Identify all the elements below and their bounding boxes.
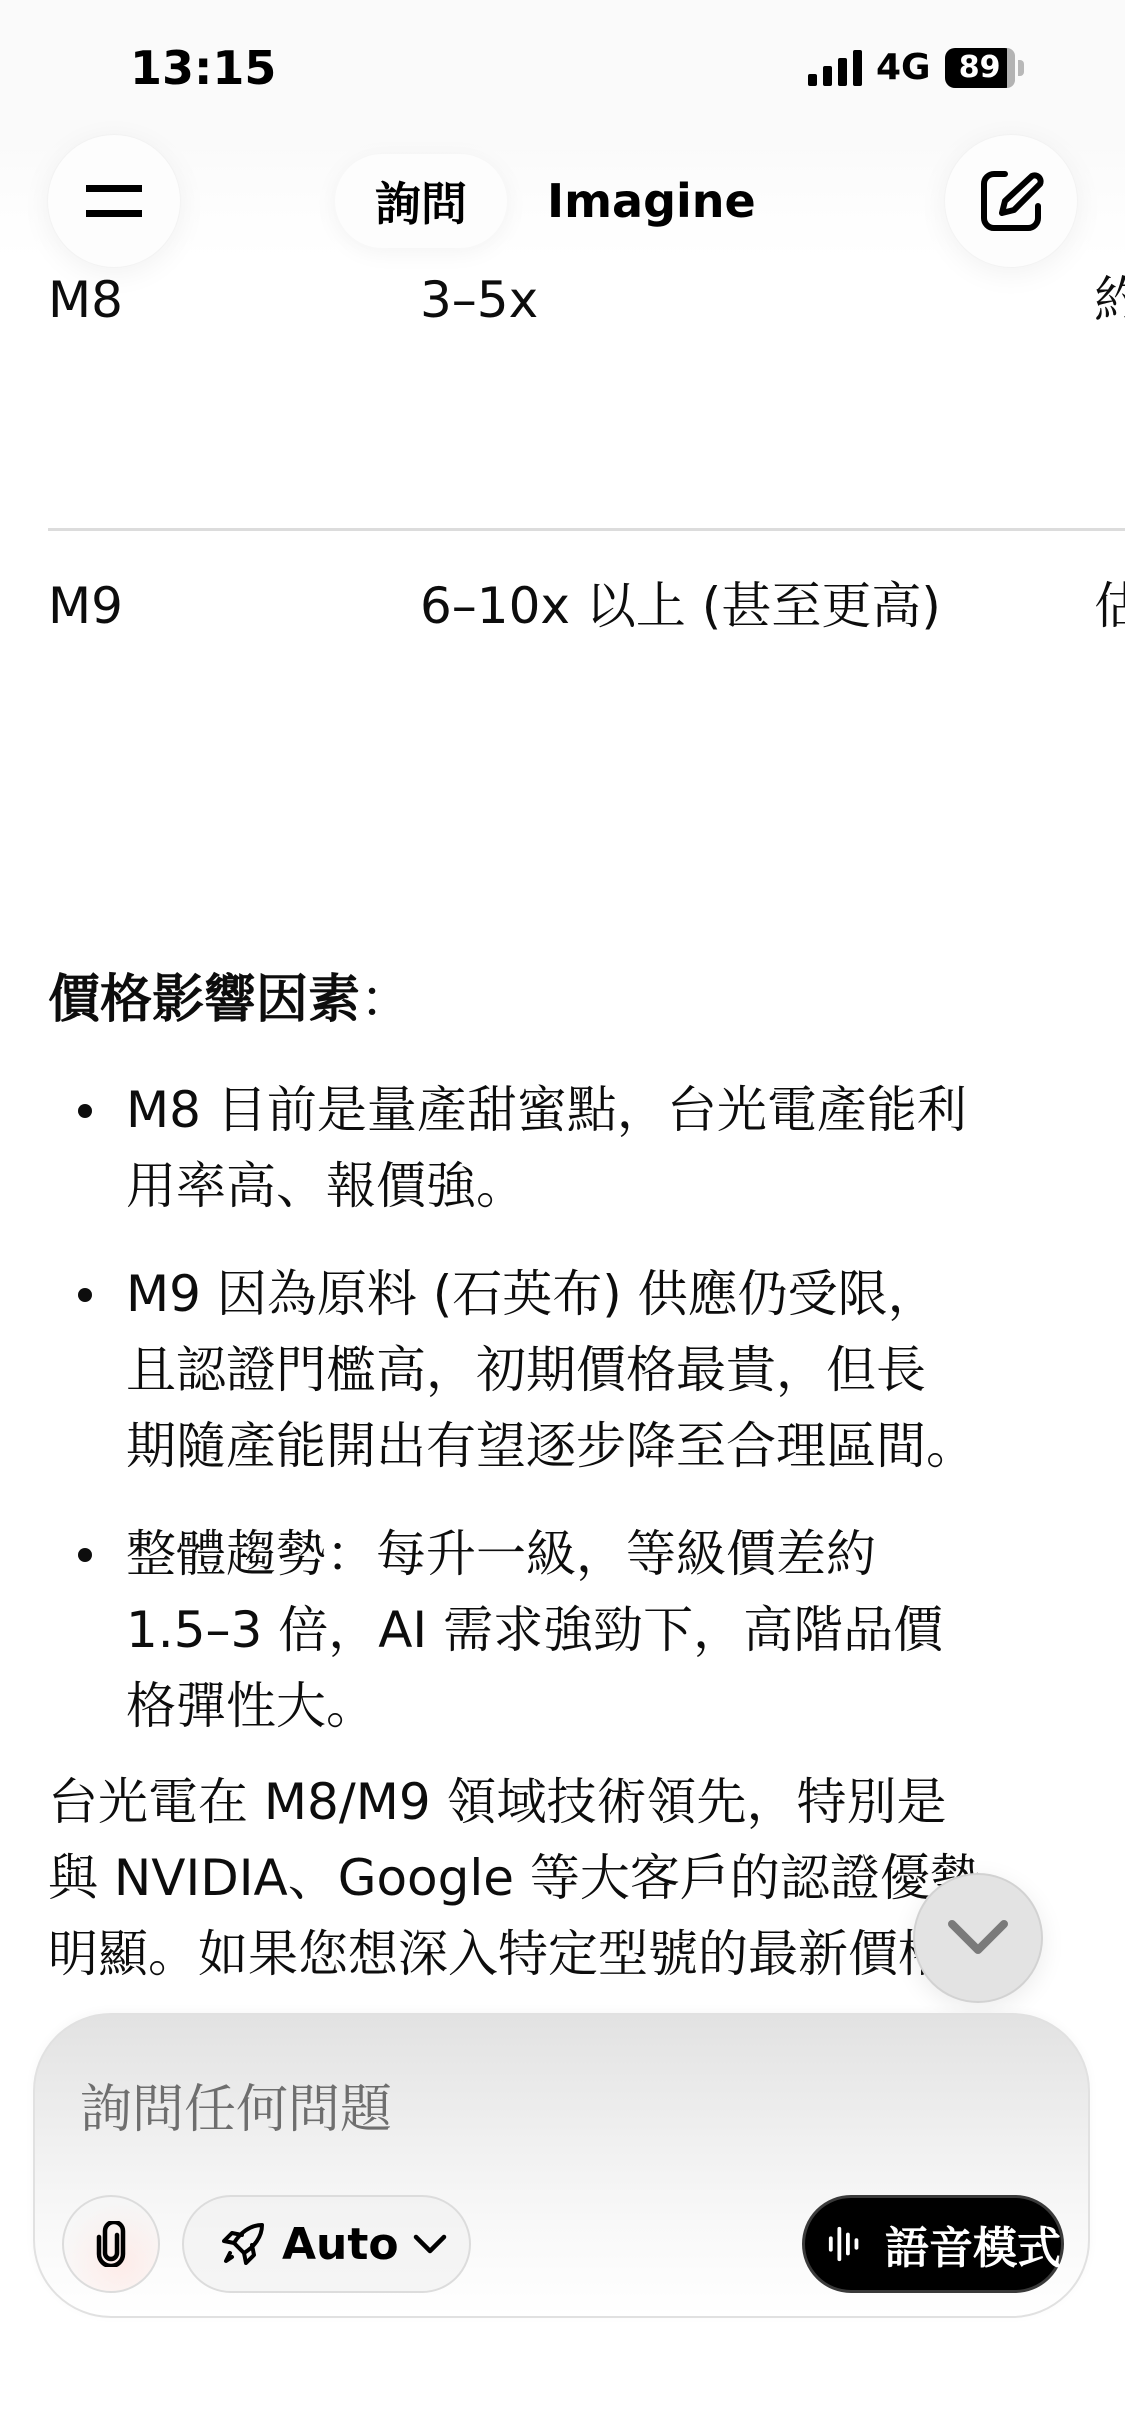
list-item-line: 整體趨勢：每升一級，等級價差約 [126,1524,876,1584]
scroll-down-button[interactable] [913,1873,1043,2003]
list-item-line: M9 因為原料 (石英布) 供應仍受限， [126,1264,938,1324]
attach-button[interactable] [62,2195,160,2293]
section-heading: 價格影響因素： [48,968,412,1032]
bullet-dot [78,1104,92,1118]
menu-button[interactable] [48,135,180,267]
list-item-line: 期隨產能開出有望逐步降至合理區間。 [126,1416,976,1476]
model-label: Auto [282,2219,399,2270]
bullet-dot [78,1548,92,1562]
status-time: 13:15 [130,40,276,96]
menu-icon [84,181,144,221]
section-heading-text: 價格影響因素 [48,970,360,1030]
voice-mode-label: 語音模式 [885,2212,1061,2276]
network-type: 4G [876,46,931,90]
list-item-line: M8 目前是量產甜蜜點，台光電產能利 [126,1080,967,1140]
tab-imagine[interactable]: Imagine [547,174,756,228]
new-chat-button[interactable] [945,135,1077,267]
paperclip-icon [93,2221,129,2267]
list-item-line: 用率高、報價強。 [126,1156,526,1216]
message-input[interactable] [80,2075,980,2145]
composer-backdrop [0,2318,1125,2436]
battery-icon: 89 [945,48,1015,88]
paragraph-line: 與 NVIDIA、Google 等大客戶的認證優勢 [48,1848,980,1908]
list-item-line: 1.5–3 倍，AI 需求強勁下，高階品價 [126,1600,943,1660]
list-item-line: 且認證門檻高，初期價格最貴，但長 [126,1340,926,1400]
table-cell-note: 估 [1094,576,1125,636]
table-cell-grade: M8 [48,270,123,330]
table-cell-note: 約 [1094,270,1125,330]
rocket-icon [218,2219,268,2269]
chat-screen: M8 3–5x 約 M9 6–10x 以上 (甚至更高) 估 價格影響因素： M… [0,0,1125,2436]
chevron-down-icon [413,2233,447,2255]
table-cell-multiplier: 6–10x 以上 (甚至更高) [420,576,941,636]
mode-tabs: 詢問 Imagine [335,140,756,262]
paragraph-line: 台光電在 M8/M9 領域技術領先，特別是 [48,1772,947,1832]
section-heading-colon: ： [360,970,412,1030]
model-selector[interactable]: Auto [182,2195,471,2293]
edit-icon [978,168,1044,234]
status-indicators: 4G 89 [808,46,1015,90]
voice-mode-button[interactable]: 語音模式 [802,2195,1064,2293]
waveform-icon [827,2222,865,2266]
bullet-dot [78,1288,92,1302]
composer: Auto 語音模式 [33,2013,1090,2318]
table-cell-multiplier: 3–5x [420,270,538,330]
battery-level: 89 [959,50,1001,85]
table-cell-grade: M9 [48,576,123,636]
table-row-divider [48,528,1125,531]
tab-ask[interactable]: 詢問 [335,154,507,248]
paragraph-line: 明顯。如果您想深入特定型號的最新價格 [48,1924,948,1984]
signal-icon [808,50,862,86]
chevron-down-icon [946,1918,1010,1958]
list-item-line: 格彈性大。 [126,1676,376,1736]
